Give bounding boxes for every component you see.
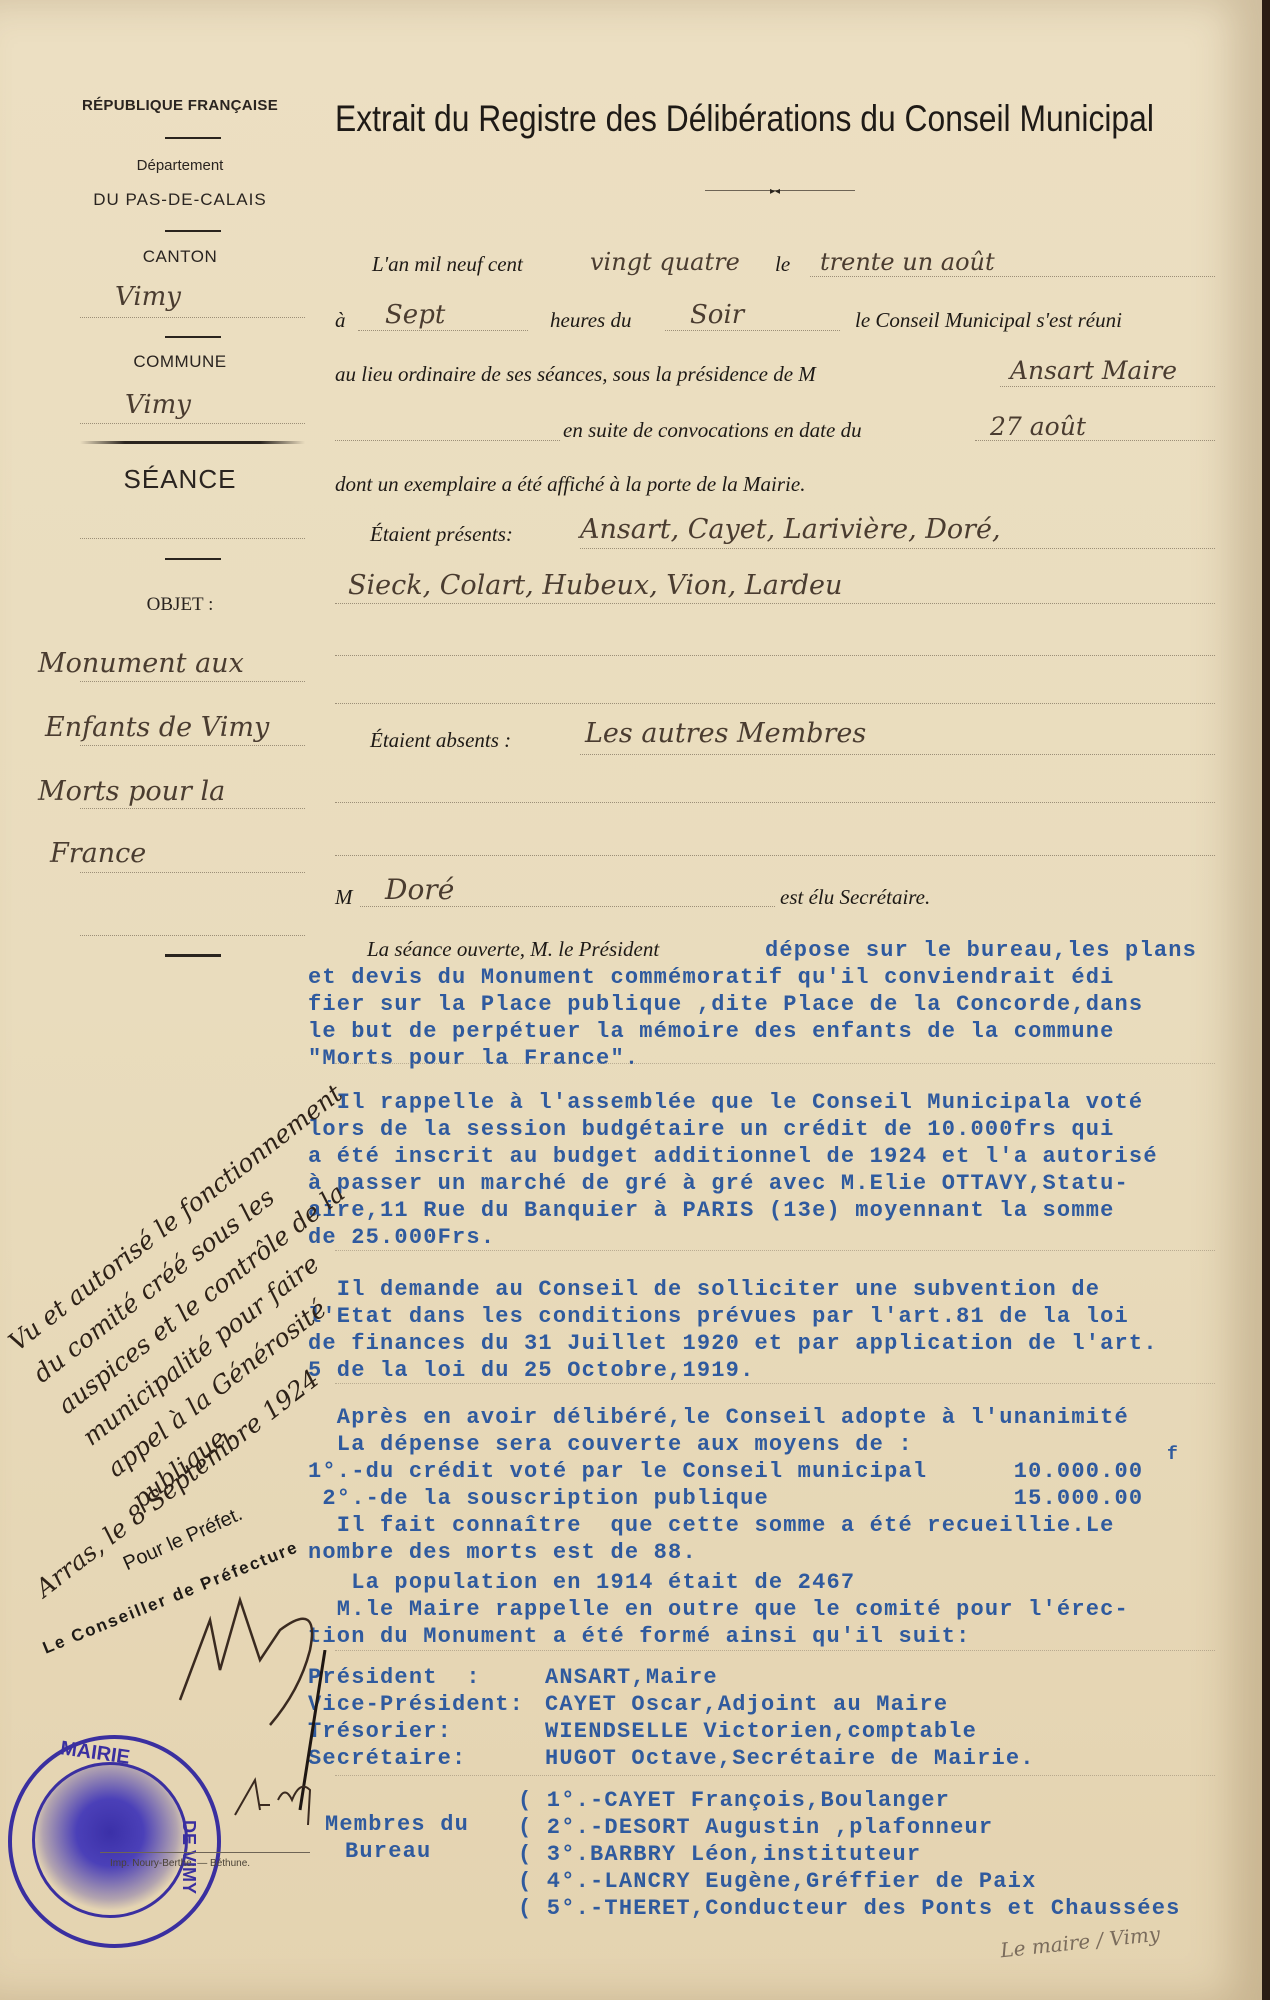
bureau-label: Bureau xyxy=(345,1839,431,1864)
form-text: au lieu ordinaire de ses séances, sous l… xyxy=(335,362,816,387)
presents-label: Étaient présents: xyxy=(370,522,513,547)
typed-line: M.le Maire rappelle en outre que le comi… xyxy=(308,1597,1129,1622)
seal-emblem xyxy=(32,1762,188,1918)
objet-line: France xyxy=(50,838,146,869)
typed-line: Après en avoir délibéré,le Conseil adopt… xyxy=(308,1405,1129,1430)
divider xyxy=(165,336,221,338)
seance-label: SÉANCE xyxy=(60,464,300,495)
ornament-divider xyxy=(80,441,305,444)
typed-line: à passer un marché de gré à gré avec M.E… xyxy=(308,1171,1129,1196)
typed-line: nombre des morts est de 88. xyxy=(308,1540,697,1565)
form-text: le Conseil Municipal s'est réuni xyxy=(855,308,1122,333)
typed-line: l'Etat dans les conditions prévues par l… xyxy=(308,1304,1129,1329)
printer-imprint: Imp. Noury-Berthe. — Béthune. xyxy=(110,1858,250,1869)
form-text: heures du xyxy=(550,308,631,333)
typed-line: 5 de la loi du 25 Octobre,1919. xyxy=(308,1358,754,1383)
form-text: est élu Secrétaire. xyxy=(780,885,930,910)
seal-text-side: DE VIMY xyxy=(178,1820,199,1894)
typed-line: "Morts pour la France". xyxy=(308,1046,639,1071)
typed-line: tion du Monument a été formé ainsi qu'il… xyxy=(308,1624,971,1649)
bureau-member: ( 4°.-LANCRY Eugène,Gréffier de Paix xyxy=(518,1869,1036,1894)
commune-value: Vimy xyxy=(125,390,191,420)
hour-value: Sept xyxy=(385,300,445,330)
form-text: L'an mil neuf cent xyxy=(372,252,523,277)
department-name: DU PAS-DE-CALAIS xyxy=(60,190,300,210)
pencil-note: Le maire / Vimy xyxy=(999,1922,1161,1963)
bureau-member: ( 3°.BARBRY Léon,instituteur xyxy=(518,1842,921,1867)
mayor-signature xyxy=(230,1770,320,1840)
typed-line: et devis du Monument commémoratif qu'il … xyxy=(308,965,1115,990)
committee-name: CAYET Oscar,Adjoint au Maire xyxy=(545,1692,948,1717)
secretary-value: Doré xyxy=(385,873,454,906)
typed-line: 2°.-de la souscription publique 15.000.0… xyxy=(308,1486,1143,1511)
commune-label: COMMUNE xyxy=(60,352,300,372)
committee-name: HUGOT Octave,Secrétaire de Mairie. xyxy=(545,1746,1035,1771)
committee-name: WIENDSELLE Victorien,comptable xyxy=(545,1719,977,1744)
typed-line: le but de perpétuer la mémoire des enfan… xyxy=(308,1019,1115,1044)
document-page: RÉPUBLIQUE FRANÇAISE Département DU PAS-… xyxy=(0,0,1262,2000)
objet-line: Enfants de Vimy xyxy=(45,712,269,743)
bureau-member: ( 1°.-CAYET François,Boulanger xyxy=(518,1788,950,1813)
bureau-label: Membres du xyxy=(325,1812,469,1837)
president-value: Ansart Maire xyxy=(1010,356,1177,385)
typed-line: de finances du 31 Juillet 1920 et par ap… xyxy=(308,1331,1158,1356)
form-text: en suite de convocations en date du xyxy=(563,418,862,443)
currency-symbol: f xyxy=(1167,1445,1179,1465)
typed-line: Il rappelle à l'assemblée que le Conseil… xyxy=(308,1090,1143,1115)
canton-label: CANTON xyxy=(60,247,300,267)
canton-value: Vimy xyxy=(115,282,181,312)
form-text: à xyxy=(335,308,346,333)
objet-line: Monument aux xyxy=(38,648,244,679)
time-value: Soir xyxy=(690,300,744,330)
presents-value: Ansart, Cayet, Larivière, Doré, xyxy=(580,514,1001,545)
year-value: vingt quatre xyxy=(590,248,740,276)
committee-name: ANSART,Maire xyxy=(545,1665,718,1690)
typed-line: La population en 1914 était de 2467 xyxy=(308,1570,855,1595)
typed-line: a été inscrit au budget additionnel de 1… xyxy=(308,1144,1158,1169)
absents-value: Les autres Membres xyxy=(585,718,866,749)
divider xyxy=(165,230,221,232)
absents-label: Étaient absents : xyxy=(370,728,511,753)
bureau-member: ( 5°.-THERET,Conducteur des Ponts et Cha… xyxy=(518,1896,1181,1921)
typed-line: Il fait connaître que cette somme a été … xyxy=(308,1513,1115,1538)
divider xyxy=(165,558,221,560)
typed-line: 1°.-du crédit voté par le Conseil munici… xyxy=(308,1459,1143,1484)
convocation-date: 27 août xyxy=(990,412,1086,441)
department-label: Département xyxy=(60,157,300,174)
typed-line: La dépense sera couverte aux moyens de : xyxy=(308,1432,913,1457)
document-title: Extrait du Registre des Délibérations du… xyxy=(335,98,1154,140)
date-value: trente un août xyxy=(820,248,995,276)
form-text: La séance ouverte, M. le Président xyxy=(367,937,659,962)
divider xyxy=(165,137,221,139)
presents-value: Sieck, Colart, Hubeux, Vion, Lardeu xyxy=(348,570,842,601)
typed-line: lors de la session budgétaire un crédit … xyxy=(308,1117,1115,1142)
typed-line: dépose sur le bureau,les plans xyxy=(765,938,1197,963)
form-text: le xyxy=(775,252,790,277)
bureau-member: ( 2°.-DESORT Augustin ,plafonneur xyxy=(518,1815,993,1840)
form-text: dont un exemplaire a été affiché à la po… xyxy=(335,472,805,497)
typed-line: fier sur la Place publique ,dite Place d… xyxy=(308,992,1143,1017)
objet-label: OBJET : xyxy=(60,594,300,616)
form-text: M xyxy=(335,885,353,910)
objet-line: Morts pour la xyxy=(38,776,225,807)
republic-label: RÉPUBLIQUE FRANÇAISE xyxy=(60,97,300,114)
